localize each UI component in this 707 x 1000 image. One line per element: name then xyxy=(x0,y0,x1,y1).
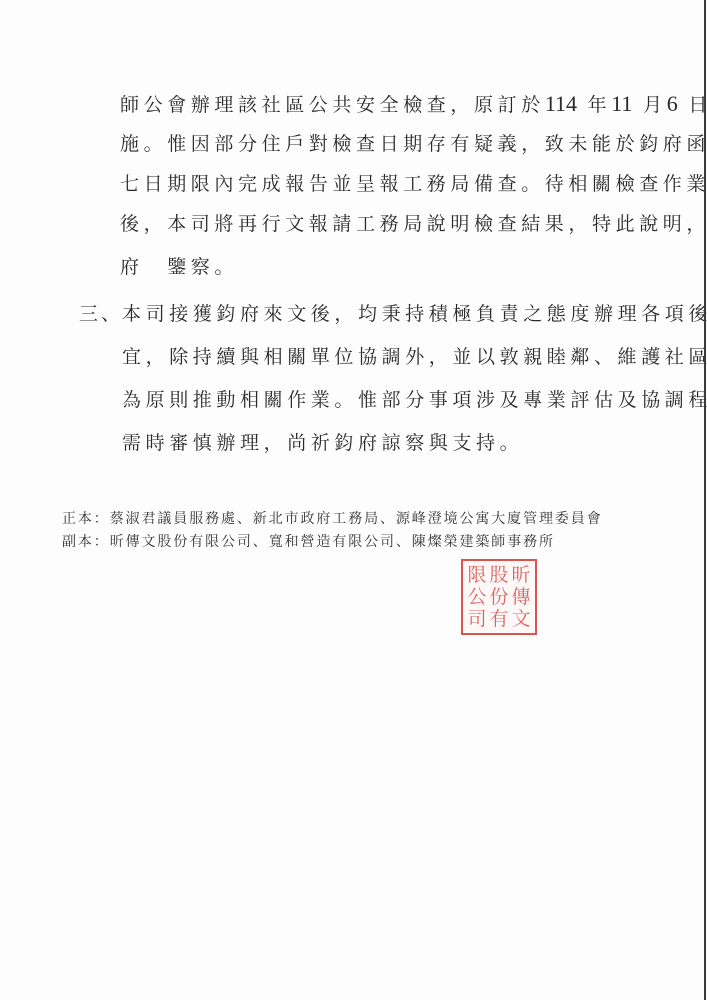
body-line-5: 府 鑒察。 xyxy=(120,256,630,278)
month-number: 11 xyxy=(611,91,632,116)
company-seal: 昕 傳 文 股 份 有 限 公 司 xyxy=(461,559,537,635)
seal-char: 昕 xyxy=(510,564,532,586)
seal-char: 限 xyxy=(466,564,488,586)
scan-edge xyxy=(704,0,706,1000)
body-line-2: 施。惟因部分住戶對檢查日期存有疑義，致未能於鈞府函示之 xyxy=(120,133,630,155)
original-recipients: 正本：蔡淑君議員服務處、新北市政府工務局、源峰澄境公寓大廈管理委員會 xyxy=(62,511,603,528)
body-line-1: 師公會辦理該社區公共安全檢查，原訂於114 年11 月6 日實 xyxy=(120,93,630,116)
seal-char: 公 xyxy=(466,586,488,608)
body-text: 師公會辦理該社區公共安全檢查，原訂於 xyxy=(120,94,545,116)
year-number: 114 xyxy=(545,91,577,116)
item-three-line-2: 宜，除持續與相關單位協調外，並以敦親睦鄰、維護社區和諧 xyxy=(122,346,632,368)
seal-char: 份 xyxy=(488,586,510,608)
seal-char: 有 xyxy=(488,608,510,630)
item-three-line-4: 需時審慎辦理，尚祈鈞府諒察與支持。 xyxy=(122,432,632,454)
item-three-line-3: 為原則推動相關作業。惟部分事項涉及專業評估及協調程序， xyxy=(122,389,632,411)
seal-char: 股 xyxy=(488,564,510,586)
copy-recipients: 副本：昕傳文股份有限公司、寬和營造有限公司、陳燦榮建築師事務所 xyxy=(62,534,555,551)
month-unit: 月 xyxy=(643,94,667,116)
document-page: 師公會辦理該社區公共安全檢查，原訂於114 年11 月6 日實 施。惟因部分住戶… xyxy=(0,0,707,1000)
body-line-4: 後，本司將再行文報請工務局說明檢查結果，特此說明，請鈞 xyxy=(120,213,630,235)
item-three-line-1: 本司接獲鈞府來文後，均秉持積極負責之態度辦理各項後續事 xyxy=(122,303,632,325)
day-number: 6 xyxy=(667,91,678,116)
item-three-marker: 三、 xyxy=(79,303,123,325)
seal-char: 司 xyxy=(466,608,488,630)
year-unit: 年 xyxy=(588,94,612,116)
seal-char: 文 xyxy=(510,608,532,630)
body-line-3: 七日期限內完成報告並呈報工務局備查。待相關檢查作業完成 xyxy=(120,173,630,195)
seal-char: 傳 xyxy=(510,586,532,608)
